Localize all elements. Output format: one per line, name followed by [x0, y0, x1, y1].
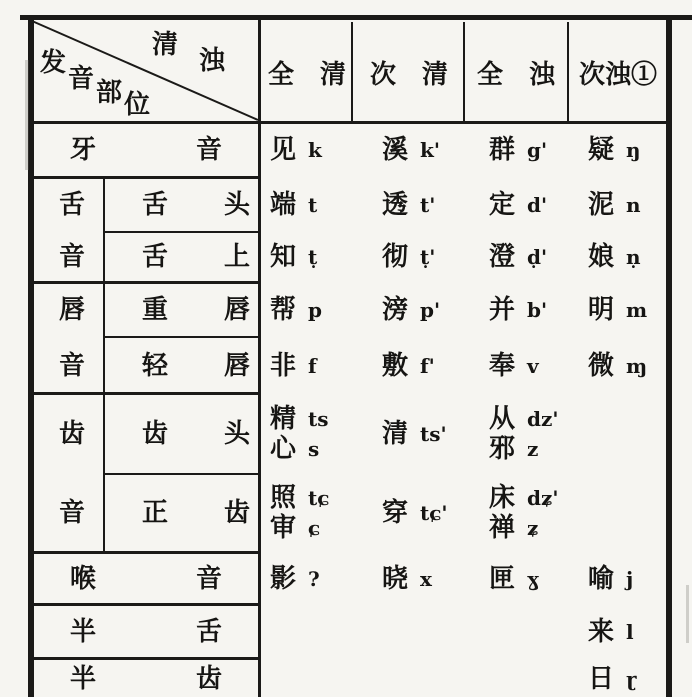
phonetic-symbol: ŋ	[626, 140, 641, 160]
corner-label-zhuo: 浊	[199, 48, 225, 74]
initial-character: 晓	[382, 566, 408, 592]
cell-qing-chun-col0: 非f	[270, 339, 380, 392]
header-vline-2	[463, 22, 465, 122]
initial-entry: 照tɕ	[270, 485, 329, 511]
initial-entry: 来l	[588, 619, 634, 645]
initial-entry: 匣ɣ	[489, 566, 539, 592]
group-label-char-0-0: 舌	[56, 192, 88, 218]
phonetic-symbol: ?	[308, 569, 320, 589]
cell-ya-yin-col3: 疑ŋ	[588, 124, 668, 176]
initial-character: 定	[489, 192, 515, 218]
row-label-char-ban-chi-0: 半	[70, 666, 96, 692]
phonetic-symbol: dʑ'	[527, 488, 558, 508]
cell-chi-tou-col1: 清ts'	[382, 395, 486, 473]
table-top-border	[20, 15, 692, 20]
row-label-char-ya-yin-0: 牙	[70, 137, 96, 163]
phonetic-symbol: ʑ	[527, 518, 538, 538]
initial-entry: 并b'	[489, 297, 547, 323]
phonetic-symbol: ɕ	[308, 518, 320, 538]
initial-character: 帮	[270, 297, 296, 323]
cell-she-shang-col2: 澄ḍ'	[489, 233, 585, 281]
initial-character: 群	[489, 137, 515, 163]
initial-character: 溪	[382, 137, 408, 163]
cell-chi-tou-col0: 精ts心s	[270, 395, 380, 473]
cell-zhong-chun-col1: 滂p'	[382, 284, 486, 336]
initial-character: 见	[270, 137, 296, 163]
row-label-chi-tou: 齿头	[142, 395, 250, 473]
initial-character: 匣	[489, 566, 515, 592]
cell-ya-yin-col2: 群g'	[489, 124, 585, 176]
initial-entry: 晓x	[382, 566, 432, 592]
cell-hou-yin-col2: 匣ɣ	[489, 554, 585, 603]
row-label-char-zhong-chun-0: 重	[142, 297, 168, 323]
phonetic-symbol: tɕ'	[420, 503, 448, 523]
initial-entry: 疑ŋ	[588, 137, 641, 163]
sublabel-divider	[103, 178, 105, 553]
initial-character: 床	[489, 485, 515, 511]
initial-entry: 溪k'	[382, 137, 440, 163]
phonetic-symbol: ṇ	[626, 247, 641, 267]
cell-she-shang-col0: 知ṭ	[270, 233, 380, 281]
phonetic-symbol: s	[308, 439, 319, 459]
initial-entry: 奉v	[489, 353, 539, 379]
phonetic-symbol: f'	[420, 356, 435, 376]
initial-character: 彻	[382, 244, 408, 270]
phonetic-symbol: ḍ'	[527, 247, 547, 267]
initial-entry: 邪z	[489, 436, 538, 462]
row-label-ban-she: 半舌	[70, 606, 222, 657]
initial-entry: 精ts	[270, 406, 329, 432]
initial-character: 微	[588, 353, 614, 379]
initial-character: 穿	[382, 500, 408, 526]
phonetic-symbol: f	[308, 356, 317, 376]
row-label-char-qing-chun-0: 轻	[142, 353, 168, 379]
initial-character: 奉	[489, 353, 515, 379]
scan-smudge-right	[686, 585, 689, 643]
cell-hou-yin-col3: 喻j	[588, 554, 668, 603]
phonetic-symbol: ɣ	[527, 569, 539, 589]
initial-character: 敷	[382, 353, 408, 379]
cell-zhong-chun-col0: 帮p	[270, 284, 380, 336]
scan-smudge-left	[25, 60, 29, 170]
row-label-char-ya-yin-1: 音	[196, 137, 222, 163]
phonetic-symbol: j	[626, 569, 633, 589]
phonetic-symbol: p'	[420, 300, 440, 320]
group-label-char-2-1: 音	[56, 500, 88, 526]
subline-zhongchun-bottom	[103, 336, 260, 338]
initial-character: 清	[382, 421, 408, 447]
row-label-char-ban-chi-1: 齿	[196, 666, 222, 692]
column-header-ciqing: 次 清	[356, 42, 462, 102]
initial-character: 并	[489, 297, 515, 323]
phonetic-symbol: m	[626, 300, 647, 320]
cell-hou-yin-col1: 晓x	[382, 554, 486, 603]
phonetic-symbol: d'	[527, 195, 547, 215]
initial-character: 来	[588, 619, 614, 645]
row-label-char-ban-she-1: 舌	[196, 619, 222, 645]
row-label-char-ban-she-0: 半	[70, 619, 96, 645]
initial-character: 精	[270, 406, 296, 432]
initial-entry: 帮p	[270, 297, 322, 323]
cell-she-tou-col1: 透t'	[382, 178, 486, 231]
initial-character: 禅	[489, 515, 515, 541]
initial-entry: 彻ṭ'	[382, 244, 435, 270]
phonetic-symbol: b'	[527, 300, 547, 320]
phonetic-symbol: n	[626, 195, 641, 215]
initial-entry: 娘ṇ	[588, 244, 641, 270]
initial-entry: 日ɽ	[588, 666, 637, 692]
phonetic-symbol: t'	[420, 195, 435, 215]
row-label-ban-chi: 半齿	[70, 660, 222, 697]
initial-entry: 定d'	[489, 192, 547, 218]
initial-entry: 床dʑ'	[489, 485, 558, 511]
initial-character: 日	[588, 666, 614, 692]
column-header-cizhuo: 次浊①	[570, 42, 666, 102]
cell-qing-chun-col2: 奉v	[489, 339, 585, 392]
row-label-zhong-chun: 重唇	[142, 284, 250, 336]
initial-character: 端	[270, 192, 296, 218]
initial-entry: 见k	[270, 137, 322, 163]
row-label-char-chi-tou-0: 齿	[142, 421, 168, 447]
row-label-hou-yin: 喉音	[70, 554, 222, 603]
cell-she-tou-col2: 定d'	[489, 178, 585, 231]
cell-chi-tou-col2: 从dz'邪z	[489, 395, 585, 473]
group-label-char-0-1: 音	[56, 244, 88, 270]
initial-character: 滂	[382, 297, 408, 323]
phonetic-symbol: ɱ	[626, 356, 647, 376]
cell-qing-chun-col3: 微ɱ	[588, 339, 668, 392]
row-label-char-chi-tou-1: 头	[224, 421, 250, 447]
phonetic-symbol: v	[527, 356, 539, 376]
initial-entry: 喻j	[588, 566, 633, 592]
cell-she-shang-col1: 彻ṭ'	[382, 233, 486, 281]
initial-entry: 清ts'	[382, 421, 447, 447]
cell-ban-chi-col3: 日ɽ	[588, 660, 668, 697]
phonetic-symbol: tɕ	[308, 488, 329, 508]
row-label-char-qing-chun-1: 唇	[224, 353, 250, 379]
initial-character: 明	[588, 297, 614, 323]
row-label-char-she-tou-0: 舌	[142, 192, 168, 218]
cell-ban-she-col3: 来l	[588, 606, 668, 657]
initial-character: 喻	[588, 566, 614, 592]
initial-character: 照	[270, 485, 296, 511]
initial-entry: 明m	[588, 297, 647, 323]
initial-entry: 非f	[270, 353, 317, 379]
phonetic-symbol: ṭ	[308, 247, 317, 267]
cell-she-tou-col0: 端t	[270, 178, 380, 231]
initial-entry: 心s	[270, 436, 319, 462]
cell-ya-yin-col1: 溪k'	[382, 124, 486, 176]
cell-zheng-chi-col1: 穿tɕ'	[382, 475, 486, 551]
row-label-char-hou-yin-0: 喉	[70, 566, 96, 592]
initial-entry: 透t'	[382, 192, 435, 218]
phonetic-symbol: x	[420, 569, 432, 589]
initial-entry: 泥n	[588, 192, 641, 218]
corner-label-bu: 部	[96, 80, 122, 106]
column-header-quanqing: 全 清	[262, 42, 352, 102]
column-header-quanzhuo: 全 浊	[466, 42, 566, 102]
initial-entry: 穿tɕ'	[382, 500, 448, 526]
row-label-zheng-chi: 正齿	[142, 475, 250, 551]
corner-label-yin: 音	[68, 66, 94, 92]
row-label-char-zheng-chi-1: 齿	[224, 500, 250, 526]
cell-qing-chun-col1: 敷f'	[382, 339, 486, 392]
phonetic-symbol: t	[308, 195, 317, 215]
initial-entry: 微ɱ	[588, 353, 647, 379]
cell-zhong-chun-col2: 并b'	[489, 284, 585, 336]
row-label-char-zhong-chun-1: 唇	[224, 297, 250, 323]
corner-label-wei: 位	[124, 92, 150, 118]
row-label-she-tou: 舌头	[142, 178, 250, 231]
scanned-table-page: 发 音 部 位 清 浊 全 清 次 清 全 浊 次浊① 牙音见k溪k'群g'疑ŋ…	[0, 0, 692, 697]
initial-character: 影	[270, 566, 296, 592]
phonetic-symbol: ts'	[420, 424, 447, 444]
initial-character: 心	[270, 436, 296, 462]
cell-ya-yin-col0: 见k	[270, 124, 380, 176]
initial-character: 疑	[588, 137, 614, 163]
row-label-char-zheng-chi-0: 正	[142, 500, 168, 526]
cell-hou-yin-col0: 影?	[270, 554, 380, 603]
initial-entry: 敷f'	[382, 353, 435, 379]
initial-entry: 从dz'	[489, 406, 558, 432]
initial-character: 审	[270, 515, 296, 541]
initial-entry: 审ɕ	[270, 515, 320, 541]
row-label-qing-chun: 轻唇	[142, 339, 250, 392]
initial-entry: 端t	[270, 192, 317, 218]
initial-character: 邪	[489, 436, 515, 462]
cell-zheng-chi-col2: 床dʑ'禅ʑ	[489, 475, 585, 551]
cell-zhong-chun-col3: 明m	[588, 284, 668, 336]
initial-character: 泥	[588, 192, 614, 218]
phonetic-symbol: l	[626, 622, 634, 642]
cell-she-tou-col3: 泥n	[588, 178, 668, 231]
initial-character: 娘	[588, 244, 614, 270]
phonetic-symbol: k'	[420, 140, 440, 160]
corner-label-qing: 清	[152, 32, 178, 58]
phonetic-symbol: z	[527, 439, 538, 459]
initial-character: 知	[270, 244, 296, 270]
initial-character: 从	[489, 406, 515, 432]
cell-she-shang-col3: 娘ṇ	[588, 233, 668, 281]
initial-character: 非	[270, 353, 296, 379]
group-label-char-1-1: 音	[56, 353, 88, 379]
phonetic-symbol: ṭ'	[420, 247, 435, 267]
header-vline-3	[567, 22, 569, 122]
initial-entry: 澄ḍ'	[489, 244, 547, 270]
initial-entry: 群g'	[489, 137, 547, 163]
initial-entry: 滂p'	[382, 297, 440, 323]
initial-character: 透	[382, 192, 408, 218]
row-label-ya-yin: 牙音	[70, 124, 222, 176]
initial-entry: 影?	[270, 566, 320, 592]
row-label-char-hou-yin-1: 音	[196, 566, 222, 592]
initial-entry: 知ṭ	[270, 244, 317, 270]
row-label-char-she-shang-1: 上	[224, 244, 250, 270]
phonetic-symbol: p	[308, 300, 322, 320]
initial-entry: 禅ʑ	[489, 515, 538, 541]
group-label-char-1-0: 唇	[56, 297, 88, 323]
phonetic-symbol: ts	[308, 409, 329, 429]
phonetic-symbol: ɽ	[626, 669, 637, 689]
phonetic-symbol: k	[308, 140, 322, 160]
group-label-char-2-0: 齿	[56, 421, 88, 447]
phonetic-symbol: g'	[527, 140, 547, 160]
row-label-she-shang: 舌上	[142, 233, 250, 281]
row-label-char-she-shang-0: 舌	[142, 244, 168, 270]
phonetic-symbol: dz'	[527, 409, 558, 429]
initial-character: 澄	[489, 244, 515, 270]
corner-label-fa: 发	[40, 50, 66, 76]
row-label-char-she-tou-1: 头	[224, 192, 250, 218]
cell-zheng-chi-col0: 照tɕ审ɕ	[270, 475, 380, 551]
